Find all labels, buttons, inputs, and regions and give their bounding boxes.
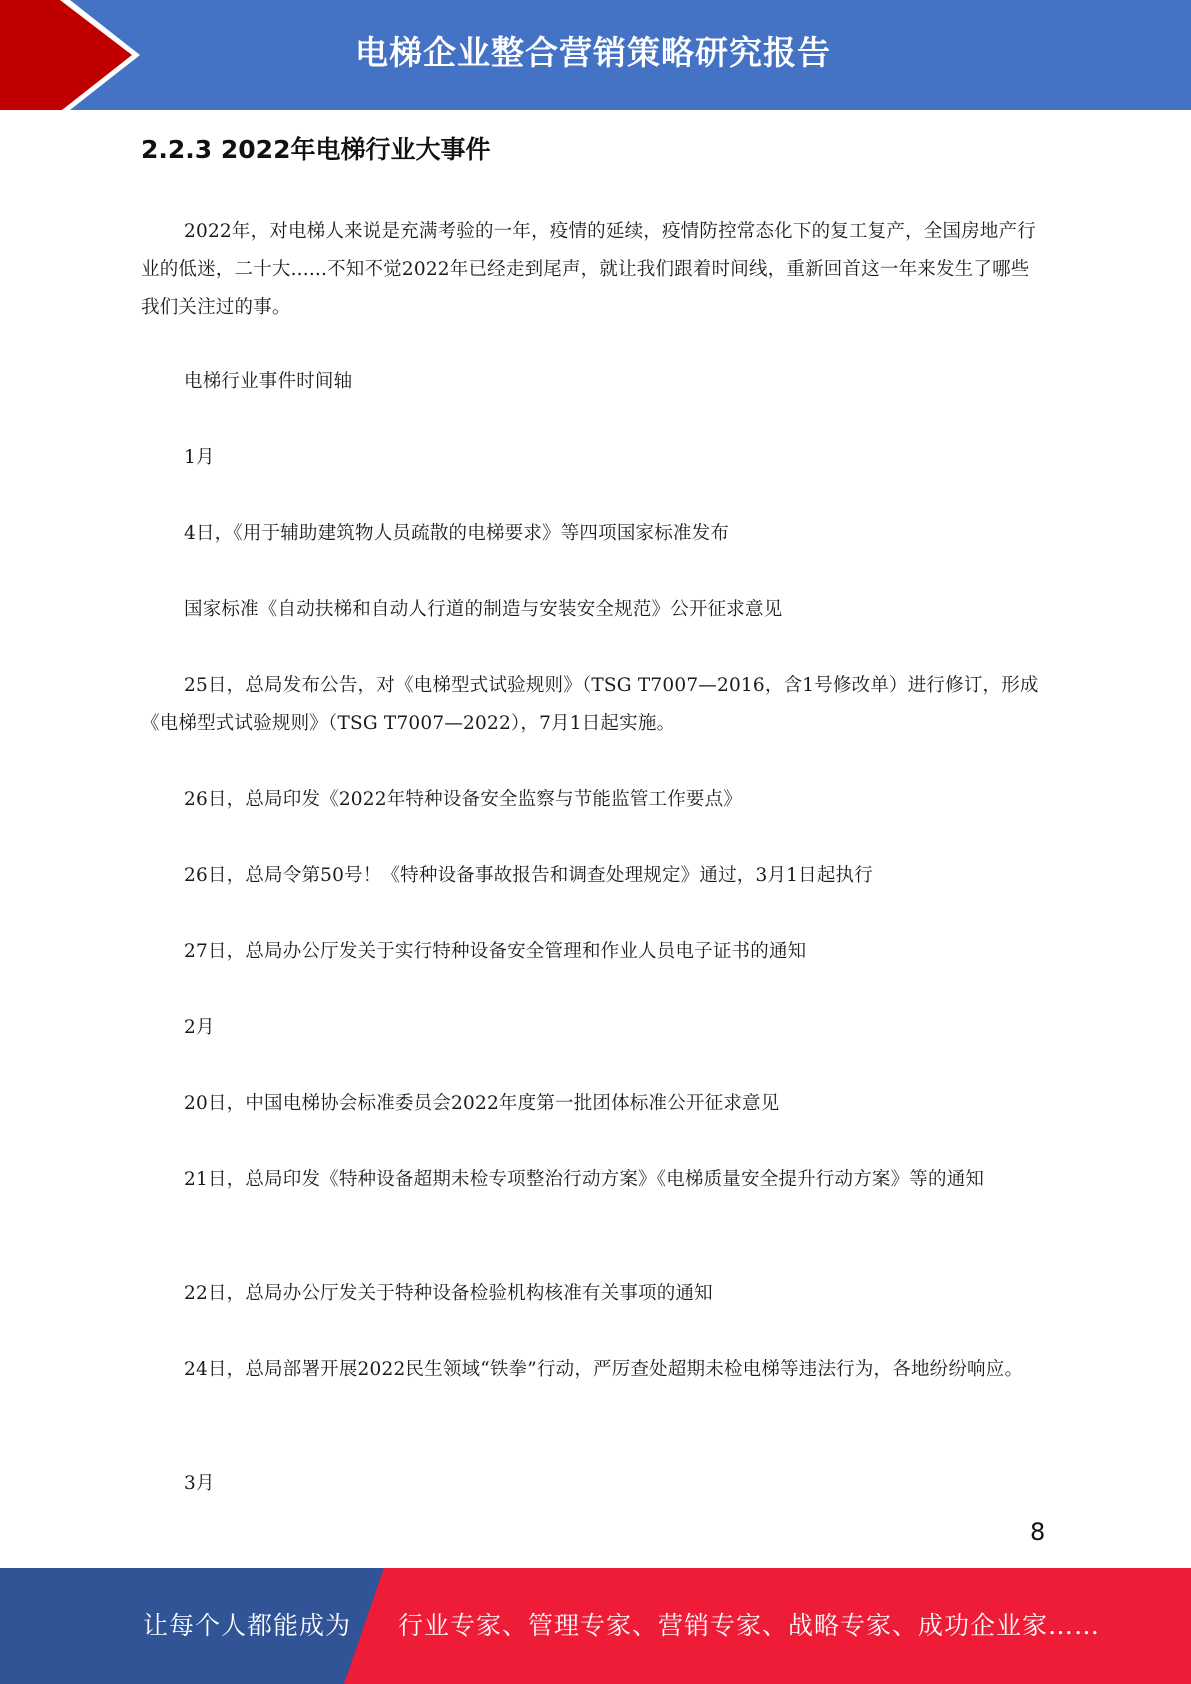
chevron-arrow-icon (0, 0, 160, 110)
timeline-entry: 27日，总局办公厅发关于实行特种设备安全管理和作业人员电子证书的通知 (141, 933, 1041, 971)
timeline-entry: 22日，总局办公厅发关于特种设备检验机构核准有关事项的通知 (141, 1275, 1041, 1313)
timeline-entry: 26日，总局印发《2022年特种设备安全监察与节能监管工作要点》 (141, 781, 1041, 819)
timeline-entry: 26日，总局令第50号！《特种设备事故报告和调查处理规定》通过，3月1日起执行 (141, 857, 1041, 895)
footer-banner: 让每个人都能成为 行业专家、管理专家、营销专家、战略专家、成功企业家…… (0, 1568, 1191, 1684)
report-title: 电梯企业整合营销策略研究报告 (355, 28, 831, 78)
month-heading-feb: 2月 (141, 1009, 1041, 1047)
timeline-entry: 20日，中国电梯协会标准委员会2022年度第一批团体标准公开征求意见 (141, 1085, 1041, 1123)
page-number: 8 (1030, 1518, 1045, 1546)
timeline-caption: 电梯行业事件时间轴 (141, 363, 1041, 401)
timeline-entry: 4日，《用于辅助建筑物人员疏散的电梯要求》等四项国家标准发布 (141, 515, 1041, 553)
section-heading: 2.2.3 2022年电梯行业大事件 (141, 130, 490, 170)
month-heading-mar: 3月 (141, 1465, 1041, 1503)
intro-paragraph: 2022年，对电梯人来说是充满考验的一年，疫情的延续，疫情防控常态化下的复工复产… (141, 213, 1041, 327)
footer-slogan-right: 行业专家、管理专家、营销专家、战略专家、成功企业家…… (398, 1611, 1100, 1641)
timeline-entry: 国家标准《自动扶梯和自动人行道的制造与安装安全规范》公开征求意见 (141, 591, 1041, 629)
report-header-banner: 电梯企业整合营销策略研究报告 (0, 0, 1191, 110)
timeline-entry: 24日，总局部署开展2022民生领域“铁拳”行动，严厉查处超期未检电梯等违法行为… (141, 1351, 1041, 1389)
timeline-entry: 21日，总局印发《特种设备超期未检专项整治行动方案》《电梯质量安全提升行动方案》… (141, 1161, 1041, 1199)
footer-slogan-left: 让每个人都能成为 (143, 1611, 351, 1641)
timeline-entry: 25日，总局发布公告，对《电梯型式试验规则》（TSG T7007—2016，含1… (141, 667, 1041, 743)
month-heading-jan: 1月 (141, 439, 1041, 477)
